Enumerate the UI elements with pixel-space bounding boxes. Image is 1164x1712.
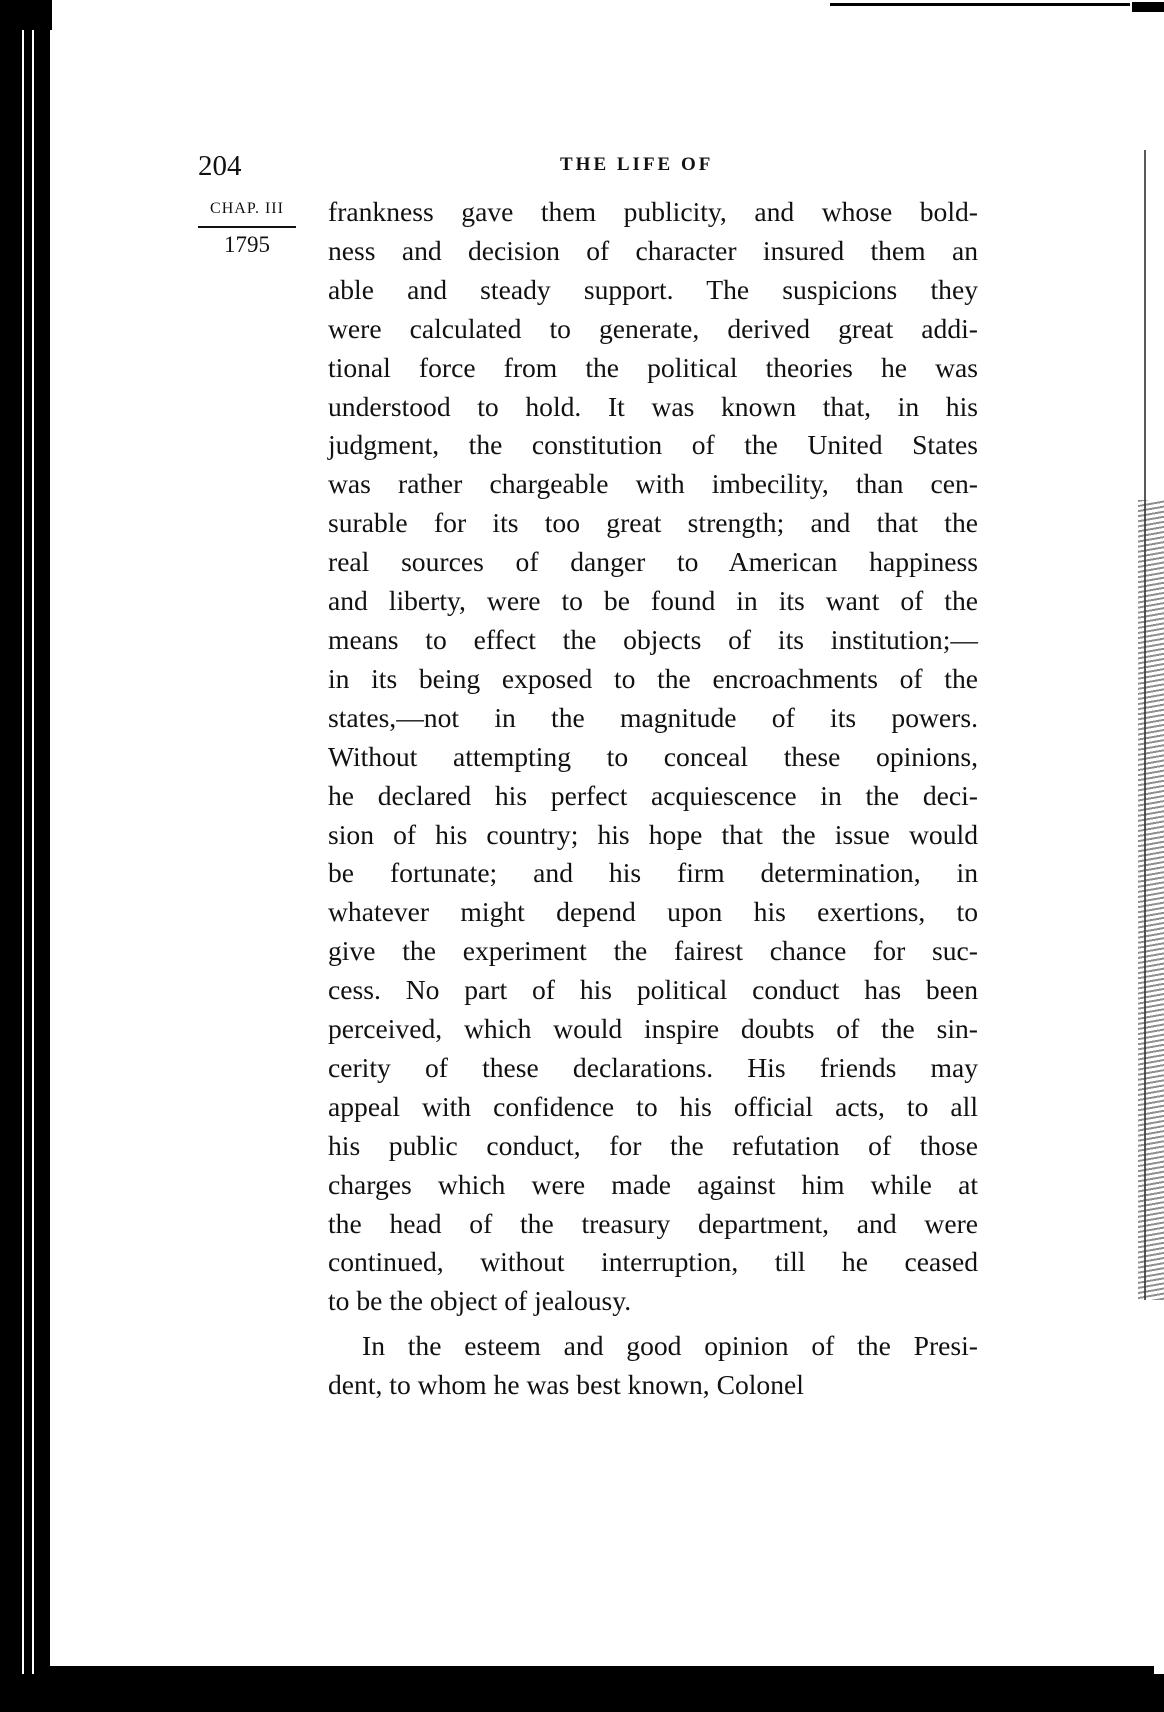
text-line: frankness gave them publicity, and whose… <box>328 193 978 232</box>
text-line: give the experiment the fairest chance f… <box>328 932 978 971</box>
scan-streak <box>22 30 24 1682</box>
text-line: Without attempting to conceal these opin… <box>328 738 978 777</box>
text-line: dent, to whom he was best known, Colonel <box>328 1366 978 1405</box>
paragraph: In the esteem and good opinion of the Pr… <box>328 1327 978 1405</box>
text-line: charges which were made against him whil… <box>328 1166 978 1205</box>
text-line: cess. No part of his political conduct h… <box>328 971 978 1010</box>
text-line: real sources of danger to American happi… <box>328 543 978 582</box>
text-line: tional force from the political theories… <box>328 349 978 388</box>
text-line: the head of the treasury department, and… <box>328 1205 978 1244</box>
scan-streak <box>50 30 52 1682</box>
margin-note: CHAP. III 1795 <box>198 200 296 258</box>
text-line: appeal with confidence to his official a… <box>328 1088 978 1127</box>
text-line: he declared his perfect acquiescence in … <box>328 777 978 816</box>
text-line: continued, without interruption, till he… <box>328 1243 978 1282</box>
text-line: judgment, the constitution of the United… <box>328 426 978 465</box>
paragraph: frankness gave them publicity, and whose… <box>328 193 978 1321</box>
text-line: ness and decision of character insured t… <box>328 232 978 271</box>
running-head: THE LIFE OF <box>560 154 713 176</box>
text-line: cerity of these declarations. His friend… <box>328 1049 978 1088</box>
text-line: sion of his country; his hope that the i… <box>328 816 978 855</box>
text-line: and liberty, were to be found in its wan… <box>328 582 978 621</box>
text-line: means to effect the objects of its insti… <box>328 621 978 660</box>
text-line: In the esteem and good opinion of the Pr… <box>328 1327 978 1366</box>
text-line: in its being exposed to the encroachment… <box>328 660 978 699</box>
right-edge-speckle <box>1138 500 1164 1300</box>
scan-streak <box>32 30 34 1682</box>
chapter-label: CHAP. III <box>198 200 296 228</box>
bottom-scan-edge <box>0 1674 1164 1712</box>
text-line: understood to hold. It was known that, i… <box>328 388 978 427</box>
body-text: frankness gave them publicity, and whose… <box>328 193 978 1405</box>
page-header: 204 THE LIFE OF <box>198 150 978 190</box>
text-line: to be the object of jealousy. <box>328 1282 978 1321</box>
text-line: was rather chargeable with imbecility, t… <box>328 465 978 504</box>
text-line: be fortunate; and his firm determination… <box>328 854 978 893</box>
scanned-binding-edge <box>0 0 52 1712</box>
text-line: perceived, which would inspire doubts of… <box>328 1010 978 1049</box>
year-label: 1795 <box>198 232 296 258</box>
text-line: his public conduct, for the refutation o… <box>328 1127 978 1166</box>
text-line: whatever might depend upon his exertions… <box>328 893 978 932</box>
text-line: surable for its too great strength; and … <box>328 504 978 543</box>
text-line: able and steady support. The suspicions … <box>328 271 978 310</box>
top-scan-rule <box>830 3 1130 6</box>
text-line: states,—not in the magnitude of its powe… <box>328 699 978 738</box>
text-line: were calculated to generate, derived gre… <box>328 310 978 349</box>
page-number: 204 <box>198 150 242 183</box>
top-scan-corner <box>1132 2 1164 12</box>
